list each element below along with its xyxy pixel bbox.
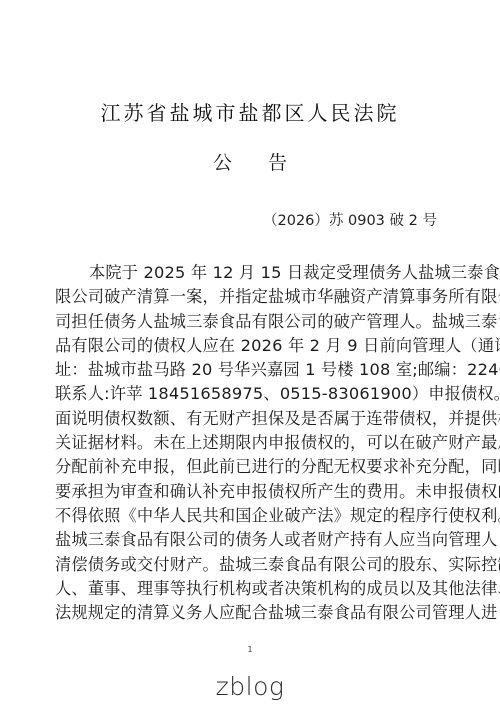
body-line: 联系人:许苹 18451658975、0515-83061900）申报债权。书: [55, 382, 447, 406]
body-line: 盐城三泰食品有限公司的债务人或者财产持有人应当向管理人: [55, 528, 447, 552]
body-line: 限公司破产清算一案，并指定盐城市华融资产清算事务所有限公: [55, 285, 447, 309]
body-line: 本院于 2025 年 12 月 15 日裁定受理债务人盐城三泰食品有: [55, 261, 447, 285]
notice-title: 公告: [0, 148, 500, 175]
body-line: 分配前补充申报，但此前已进行的分配无权要求补充分配，同时: [55, 455, 447, 479]
page-number: 1: [0, 645, 500, 654]
notice-body: 本院于 2025 年 12 月 15 日裁定受理债务人盐城三泰食品有 限公司破产…: [55, 261, 447, 625]
document-page: 江苏省盐城市盐都区人民法院 公告 （2026）苏 0903 破 2 号 本院于 …: [0, 0, 500, 707]
notice-title-char-2: 告: [268, 148, 287, 175]
body-line: 面说明债权数额、有无财产担保及是否属于连带债权，并提供相: [55, 407, 447, 431]
body-line: 不得依照《中华人民共和国企业破产法》规定的程序行使权利。: [55, 504, 447, 528]
watermark-logo: zblog: [0, 672, 500, 701]
notice-title-char-1: 公: [213, 148, 232, 175]
body-line: 人、董事、理事等执行机构或者决策机构的成员以及其他法律、: [55, 577, 447, 601]
body-line: 品有限公司的债权人应在 2026 年 2 月 9 日前向管理人（通讯地: [55, 334, 447, 358]
body-line: 关证据材料。未在上述期限内申报债权的，可以在破产财产最后: [55, 431, 447, 455]
court-name-heading: 江苏省盐城市盐都区人民法院: [0, 97, 500, 126]
case-number: （2026）苏 0903 破 2 号: [263, 209, 437, 230]
body-line: 法规规定的清算义务人应配合盐城三泰食品有限公司管理人进: [55, 601, 447, 625]
body-line: 清偿债务或交付财产。盐城三泰食品有限公司的股东、实际控制: [55, 553, 447, 577]
body-line: 址：盐城市盐马路 20 号华兴嘉园 1 号楼 108 室;邮编：224000;: [55, 358, 447, 382]
body-line: 司担任债务人盐城三泰食品有限公司的破产管理人。盐城三泰食: [55, 310, 447, 334]
body-line: 要承担为审查和确认补充申报债权所产生的费用。未申报债权的，: [55, 480, 447, 504]
